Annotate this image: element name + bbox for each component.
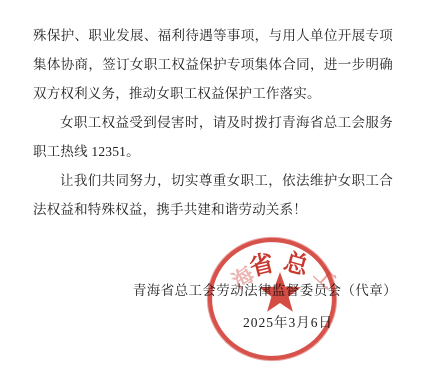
body-line: 双方权利义务，推动女职工权益保护工作落实。 [33, 79, 393, 108]
seal-char-zong: 总 [281, 247, 313, 281]
body-line: 职工热线 12351。 [33, 137, 393, 166]
body-line: 集体协商，签订女职工权益保护专项集体合同，进一步明确 [33, 50, 393, 79]
document-body: 殊保护、职业发展、福利待遇等事项，与用人单位开展专项集体协商，签订女职工权益保护… [33, 21, 393, 224]
date-line: 2025年3月6日 [243, 313, 333, 333]
body-line: 法权益和特殊权益，携手共建和谐劳动关系！ [33, 195, 393, 224]
body-line: 让我们共同努力，切实尊重女职工，依法维护女职工合 [33, 166, 393, 195]
body-line: 殊保护、职业发展、福利待遇等事项，与用人单位开展专项 [33, 21, 393, 50]
letter-page: 殊保护、职业发展、福利待遇等事项，与用人单位开展专项集体协商，签订女职工权益保护… [0, 0, 424, 390]
body-line: 女职工权益受到侵害时，请及时拨打青海省总工会服务 [33, 108, 393, 137]
seal-char-sheng: 省 [247, 250, 277, 282]
signature-line: 青海省总工会劳动法律监督委员会（代章） [133, 281, 397, 301]
